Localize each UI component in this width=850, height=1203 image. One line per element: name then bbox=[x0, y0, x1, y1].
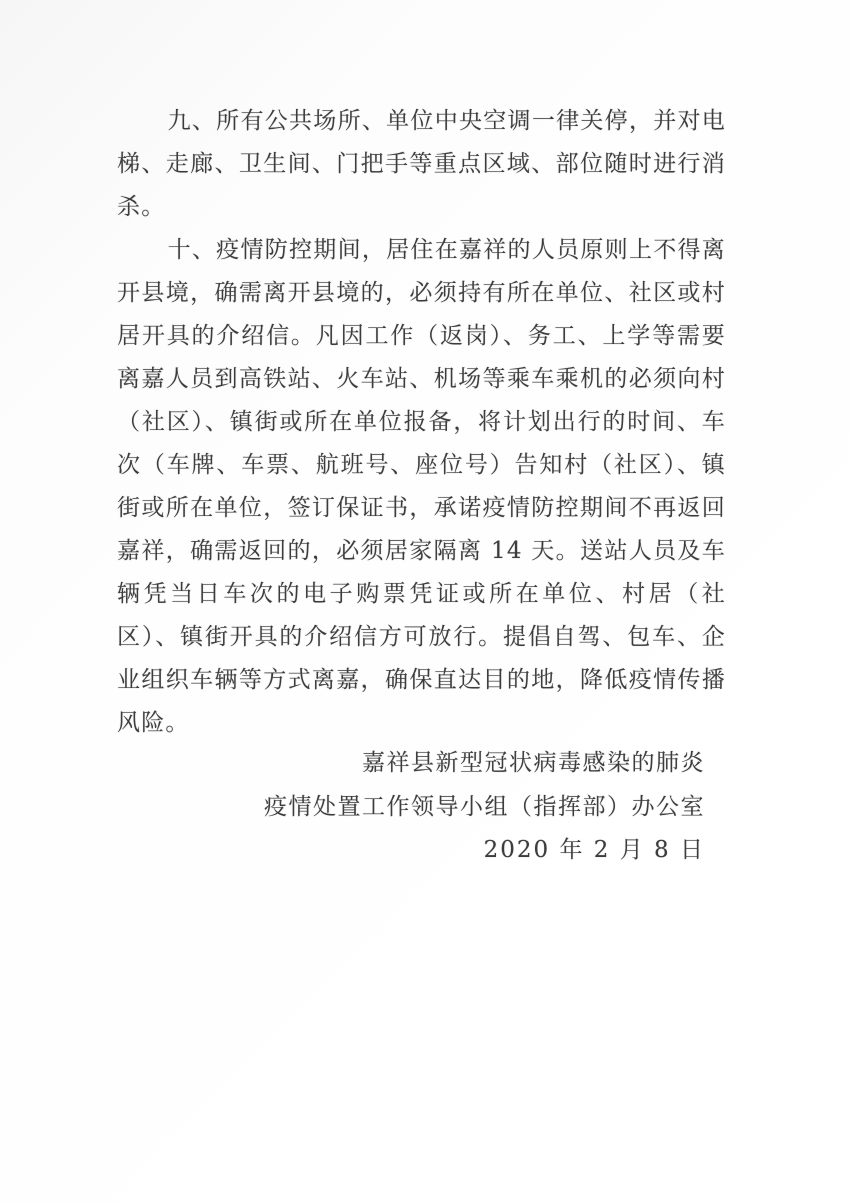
document-body: 九、所有公共场所、单位中央空调一律关停，并对电梯、走廊、卫生间、门把手等重点区域… bbox=[117, 100, 726, 745]
signature-date: 2020 年 2 月 8 日 bbox=[264, 829, 705, 873]
body-paragraph-10: 十、疫情防控期间，居住在嘉祥的人员原则上不得离开县境，确需离开县境的，必须持有所… bbox=[117, 229, 726, 745]
signature-org-line1: 嘉祥县新型冠状病毒感染的肺炎 bbox=[264, 742, 705, 786]
signature-block: 嘉祥县新型冠状病毒感染的肺炎 疫情处置工作领导小组（指挥部）办公室 2020 年… bbox=[264, 742, 705, 873]
body-paragraph-9: 九、所有公共场所、单位中央空调一律关停，并对电梯、走廊、卫生间、门把手等重点区域… bbox=[117, 100, 726, 229]
document-page: 九、所有公共场所、单位中央空调一律关停，并对电梯、走廊、卫生间、门把手等重点区域… bbox=[0, 0, 850, 1203]
signature-org-line2: 疫情处置工作领导小组（指挥部）办公室 bbox=[264, 786, 705, 830]
